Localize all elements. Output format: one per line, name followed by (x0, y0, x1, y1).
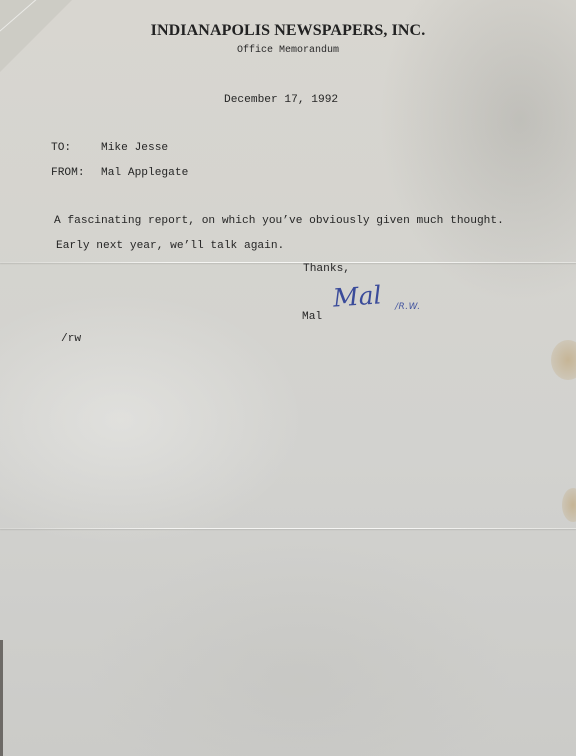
from-sender: Mal Applegate (101, 167, 188, 179)
body-line-2: Early next year, we’ll talk again. (56, 240, 284, 252)
company-name: INDIANAPOLIS NEWSPAPERS, INC. (0, 22, 576, 40)
handwritten-initials: /R.W. (395, 302, 421, 312)
to-recipient: Mike Jesse (101, 142, 168, 154)
fold-crease-upper (0, 262, 576, 263)
handwritten-signature: Mal (332, 280, 382, 312)
memo-type: Office Memorandum (0, 45, 576, 56)
closing: Thanks, (303, 263, 350, 275)
fold-crease-lower (0, 528, 576, 529)
memo-paper (0, 0, 576, 756)
to-label: TO: (51, 142, 71, 154)
typist-initials: /rw (61, 333, 81, 345)
from-label: FROM: (51, 167, 85, 179)
memo-date: December 17, 1992 (224, 94, 338, 106)
body-line-1: A fascinating report, on which you’ve ob… (54, 215, 504, 227)
typed-signature: Mal (302, 311, 322, 323)
paper-shadow-edge (0, 640, 3, 756)
